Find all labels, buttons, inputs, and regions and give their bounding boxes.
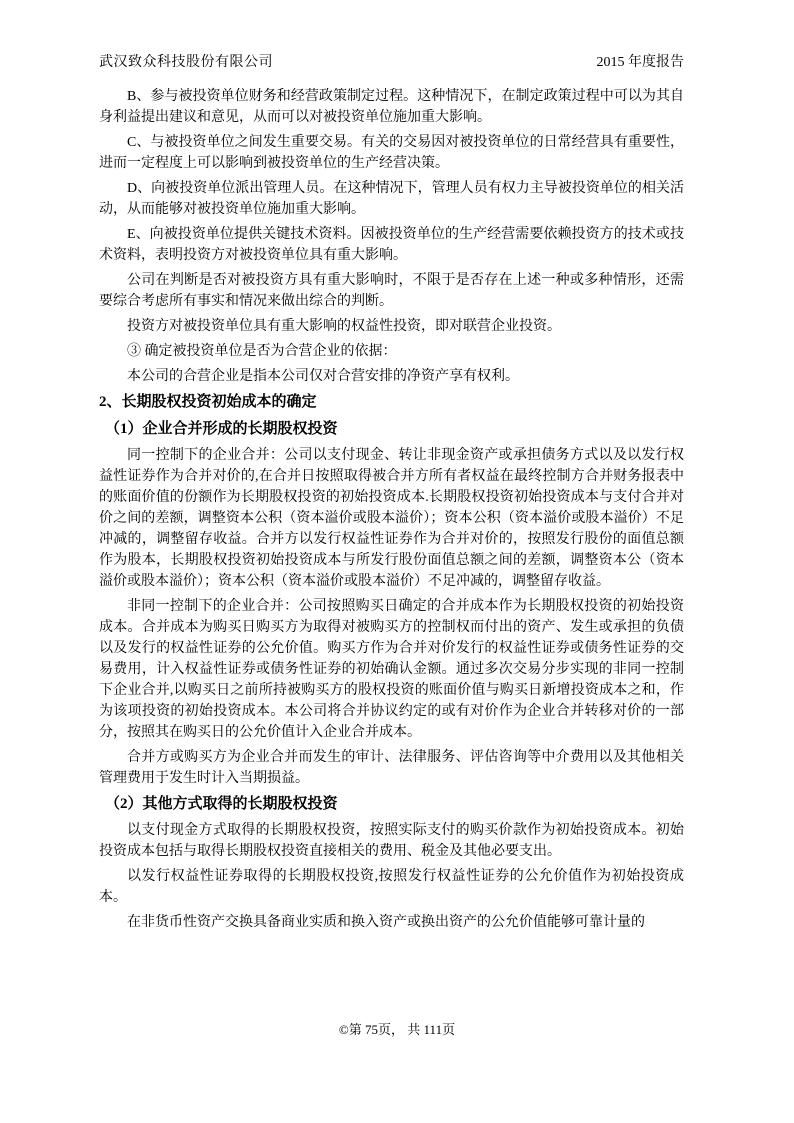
paragraph: C、与被投资单位之间发生重要交易。有关的交易因对被投资单位的日常经营具有重要性，… bbox=[99, 132, 684, 174]
document-page: 武汉致众科技股份有限公司 2015 年度报告 B、参与被投资单位财务和经营政策制… bbox=[0, 0, 794, 1123]
paragraph: 同一控制下的企业合并：公司以支付现金、转让非现金资产或承担债务方式以及以发行权益… bbox=[99, 445, 684, 592]
paragraph: 公司在判断是否对被投资方具有重大影响时，不限于是否存在上述一种或多种情形，还需要… bbox=[99, 270, 684, 312]
section-heading: 2、长期股权投资初始成本的确定 bbox=[99, 391, 684, 414]
document-body: B、参与被投资单位财务和经营政策制定过程。这种情况下，在制定政策过程中可以为其自… bbox=[99, 86, 684, 937]
section-heading: （2）其他方式取得的长期股权投资 bbox=[99, 793, 684, 816]
paragraph: 在非货币性资产交换具备商业实质和换入资产或换出资产的公允价值能够可靠计量的 bbox=[99, 912, 684, 933]
paragraph: D、向被投资单位派出管理人员。在这种情况下，管理人员有权力主导被投资单位的相关活… bbox=[99, 178, 684, 220]
paragraph: 以支付现金方式取得的长期股权投资，按照实际支付的购买价款作为初始投资成本。初始投… bbox=[99, 820, 684, 862]
page-header: 武汉致众科技股份有限公司 2015 年度报告 bbox=[99, 54, 684, 72]
header-company-name: 武汉致众科技股份有限公司 bbox=[99, 54, 273, 72]
paragraph: ③ 确定被投资单位是否为合营企业的依据： bbox=[99, 341, 684, 362]
page-footer: ©第 75页， 共 111页 bbox=[0, 1021, 794, 1038]
paragraph: 合并方或购买方为企业合并而发生的审计、法律服务、评估咨询等中介费用以及其他相关管… bbox=[99, 747, 684, 789]
paragraph: E、向被投资单位提供关键技术资料。因被投资单位的生产经营需要依赖投资方的技术或技… bbox=[99, 224, 684, 266]
paragraph: 以发行权益性证券取得的长期股权投资,按照发行权益性证券的公允价值作为初始投资成本… bbox=[99, 866, 684, 908]
paragraph: B、参与被投资单位财务和经营政策制定过程。这种情况下，在制定政策过程中可以为其自… bbox=[99, 86, 684, 128]
section-heading: （1）企业合并形成的长期股权投资 bbox=[99, 418, 684, 441]
paragraph: 投资方对被投资单位具有重大影响的权益性投资，即对联营企业投资。 bbox=[99, 316, 684, 337]
footer-page-number: ©第 75页， 共 111页 bbox=[339, 1022, 455, 1037]
paragraph: 非同一控制下的企业合并：公司按照购买日确定的合并成本作为长期股权投资的初始投资成… bbox=[99, 596, 684, 743]
header-report-title: 2015 年度报告 bbox=[597, 54, 685, 72]
paragraph: 本公司的合营企业是指本公司仅对合营安排的净资产享有权利。 bbox=[99, 366, 684, 387]
